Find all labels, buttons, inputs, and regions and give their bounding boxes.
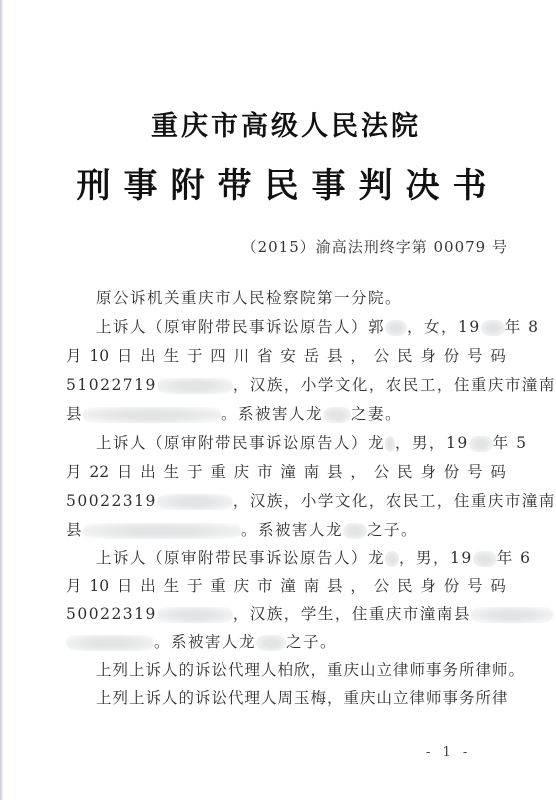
text: ， xyxy=(350,346,366,366)
text: 民 xyxy=(397,576,413,596)
text: 公 xyxy=(374,462,390,482)
case-number: （2015）渝高法刑终字第 00079 号 xyxy=(242,236,508,257)
text: 重 xyxy=(210,462,226,482)
prosecutor-line: 原公诉机关重庆市人民检察院第一分院。 xyxy=(96,288,506,308)
redaction xyxy=(157,607,233,623)
redaction xyxy=(256,635,286,651)
text: 公 xyxy=(374,346,390,366)
text: 出 xyxy=(140,576,156,596)
appellant1-line3: 51022719，汉族，小学文化，农民工，住重庆市潼南 xyxy=(66,375,506,395)
appellant1-line4: 县。系被害人龙之妻。 xyxy=(66,404,506,424)
text: 号 xyxy=(467,576,483,596)
text: 年 5 xyxy=(493,434,528,452)
text: 。系被害人龙 xyxy=(221,405,323,423)
text: 生 xyxy=(164,346,180,366)
text: 川 xyxy=(234,346,250,366)
text: 身 xyxy=(420,462,436,482)
redaction xyxy=(473,551,497,567)
text: 出 xyxy=(140,462,156,482)
text: 号 xyxy=(467,462,483,482)
text: 10 xyxy=(89,346,109,366)
text: 身 xyxy=(420,576,436,596)
redaction xyxy=(481,320,505,336)
document-title: 刑事附带民事判决书 xyxy=(0,158,556,207)
text: 民 xyxy=(397,346,413,366)
agent2-line: 上列上诉人的诉讼代理人周玉梅，重庆山立律师事务所律 xyxy=(96,688,506,708)
text: 月 xyxy=(66,346,82,366)
text: ，汉族，学生，住重庆市潼南县 xyxy=(233,605,471,623)
text: 码 xyxy=(490,462,506,482)
text: 份 xyxy=(444,576,460,596)
text: 份 xyxy=(444,346,460,366)
text: ，男，19 xyxy=(395,434,469,452)
text: 码 xyxy=(490,346,506,366)
appellant2-line4: 县。系被害人龙之子。 xyxy=(66,520,506,540)
text: 51022719 xyxy=(66,376,157,394)
text: 潼 xyxy=(280,576,296,596)
text: 50022319 xyxy=(66,492,157,510)
appellant2-line3: 50022319，汉族，小学文化，农民工，住重庆市潼南 xyxy=(66,491,506,511)
text: 之子。 xyxy=(367,521,418,539)
text: 生 xyxy=(164,462,180,482)
text: 月 xyxy=(66,576,82,596)
redaction xyxy=(83,523,241,539)
text: 日 xyxy=(117,576,133,596)
appellant2-line2: 月22日出生于重庆市潼南县，公民身份号码 xyxy=(66,462,506,482)
appellant3-line2: 月10日出生于重庆市潼南县，公民身份号码 xyxy=(66,576,506,596)
text: 号 xyxy=(467,346,483,366)
agent1-line: 上列上诉人的诉讼代理人柏欣，重庆山立律师事务所律师。 xyxy=(96,660,506,680)
text: 月 xyxy=(66,462,82,482)
text: 上诉人（原审附带民事诉讼原告人）龙 xyxy=(96,434,385,452)
text: 县 xyxy=(327,346,343,366)
text: ，汉族，小学文化，农民工，住重庆市潼南 xyxy=(233,376,556,394)
text: 。系被害人龙 xyxy=(241,521,343,539)
text: 县 xyxy=(66,405,83,423)
text: 潼 xyxy=(280,462,296,482)
text: 10 xyxy=(89,576,109,596)
text: 之子。 xyxy=(286,633,337,651)
text: 庆 xyxy=(234,576,250,596)
appellant1-line1: 上诉人（原审附带民事诉讼原告人）郭，女，19年 8 xyxy=(96,317,506,337)
text: 日 xyxy=(117,346,133,366)
text: ，汉族，小学文化，农民工，住重庆市潼南 xyxy=(233,492,556,510)
text: 于 xyxy=(187,346,203,366)
redaction xyxy=(157,378,233,394)
text: 省 xyxy=(257,346,273,366)
text: ， xyxy=(350,462,366,482)
text: 公 xyxy=(374,576,390,596)
text: 上诉人（原审附带民事诉讼原告人）郭 xyxy=(96,318,385,336)
text: 市 xyxy=(257,576,273,596)
text: 年 6 xyxy=(497,549,532,567)
appellant1-line2: 月10日出生于四川省安岳县，公民身份号码 xyxy=(66,346,506,366)
text: 安 xyxy=(280,346,296,366)
text: ，女，19 xyxy=(407,318,481,336)
text: 市 xyxy=(257,462,273,482)
text: 庆 xyxy=(234,462,250,482)
appellant2-line1: 上诉人（原审附带民事诉讼原告人）龙，男，19年 5 xyxy=(96,433,506,453)
text: 日 xyxy=(117,462,133,482)
redaction xyxy=(66,635,154,651)
court-name: 重庆市高级人民法院 xyxy=(0,104,556,143)
text: 岳 xyxy=(304,346,320,366)
text: 于 xyxy=(187,576,203,596)
redaction xyxy=(471,607,553,623)
text: 。系被害人龙 xyxy=(154,633,256,651)
text: 生 xyxy=(164,576,180,596)
text: 县 xyxy=(66,521,83,539)
text: 南 xyxy=(304,462,320,482)
text: 于 xyxy=(187,462,203,482)
text: 民 xyxy=(397,462,413,482)
text: 出 xyxy=(140,346,156,366)
text: 县 xyxy=(327,576,343,596)
text: 上诉人（原审附带民事诉讼原告人）龙 xyxy=(96,549,385,567)
text: 22 xyxy=(89,462,109,482)
redaction xyxy=(343,523,367,539)
text: ，男，19 xyxy=(399,549,473,567)
redaction xyxy=(385,436,395,452)
appellant3-line1: 上诉人（原审附带民事诉讼原告人）龙，男，19年 6 xyxy=(96,548,506,568)
redaction xyxy=(469,436,493,452)
page-number: - 1 - xyxy=(426,745,471,760)
appellant3-line3: 50022319，汉族，学生，住重庆市潼南县 xyxy=(66,604,506,624)
text: 重 xyxy=(210,576,226,596)
text: 之妻。 xyxy=(351,405,402,423)
text: 码 xyxy=(490,576,506,596)
text: ， xyxy=(350,576,366,596)
redaction xyxy=(157,494,233,510)
text: 四 xyxy=(210,346,226,366)
redaction xyxy=(385,320,407,336)
text: 份 xyxy=(444,462,460,482)
text: 县 xyxy=(327,462,343,482)
redaction xyxy=(83,407,221,423)
redaction xyxy=(323,407,351,423)
text: 南 xyxy=(304,576,320,596)
appellant3-line4: 。系被害人龙之子。 xyxy=(66,632,506,652)
text: 50022319 xyxy=(66,605,157,623)
text: 身 xyxy=(420,346,436,366)
redaction xyxy=(385,551,399,567)
text: 年 8 xyxy=(505,318,540,336)
